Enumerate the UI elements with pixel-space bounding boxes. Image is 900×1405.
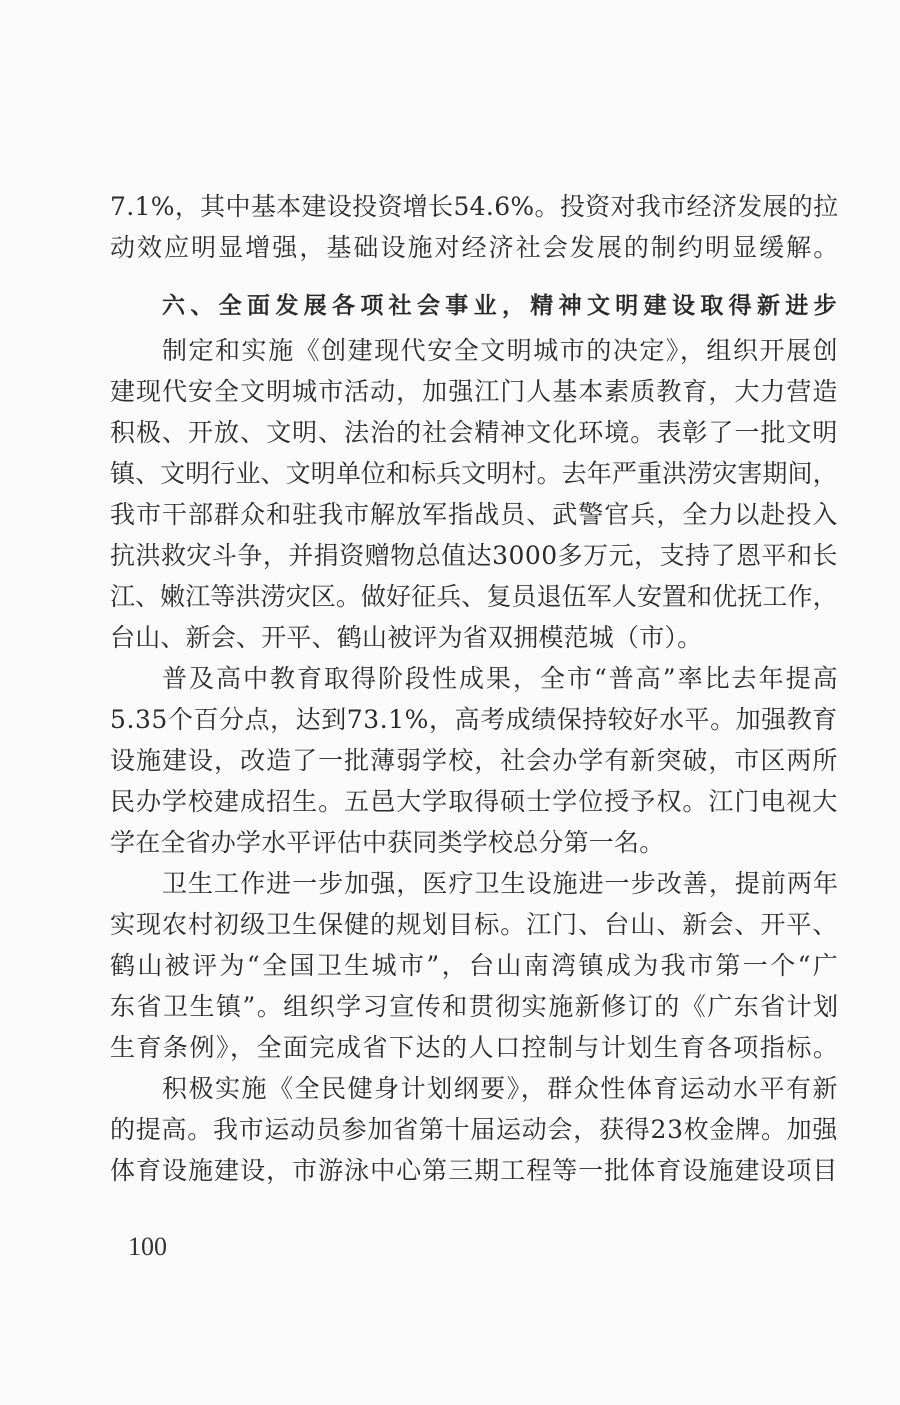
text-line: 生育条例》，全面完成省下达的人口控制与计划生育各项指标。	[110, 1031, 839, 1065]
text-line: 5.35个百分点，达到73.1%，高考成绩保持较好水平。加强教育	[110, 703, 838, 737]
text-line: 东省卫生镇”。组织学习宣传和贯彻实施新修订的《广东省计划	[110, 990, 840, 1024]
text-line: 积极、开放、文明、法治的社会精神文化环境。表彰了一批文明	[110, 416, 838, 450]
text-line: 民办学校建成招生。五邑大学取得硕士学位授予权。江门电视大	[110, 785, 838, 819]
section-heading: 六、全面发展各项社会事业，精神文明建设取得新进步	[162, 289, 842, 323]
text-line: 7.1%，其中基本建设投资增长54.6%。投资对我市经济发展的拉	[110, 190, 838, 224]
text-line: 学在全省办学水平评估中获同类学校总分第一名。	[110, 826, 664, 860]
text-line: 普及高中教育取得阶段性成果，全市“普高”率比去年提高	[162, 662, 840, 696]
text-line: 制定和实施《创建现代安全文明城市的决定》，组织开展创	[162, 334, 839, 368]
text-line: 积极实施《全民健身计划纲要》，群众性体育运动水平有新	[162, 1072, 839, 1106]
text-line: 我市干部群众和驻我市解放军指战员、武警官兵，全力以赴投入	[110, 498, 838, 532]
text-line: 实现农村初级卫生保健的规划目标。江门、台山、新会、开平、	[110, 908, 838, 942]
page-number: 100	[128, 1232, 167, 1262]
text-line: 镇、文明行业、文明单位和标兵文明村。去年严重洪涝灾害期间，	[110, 457, 838, 491]
text-line: 的提高。我市运动员参加省第十届运动会，获得23枚金牌。加强	[110, 1113, 838, 1147]
text-line: 建现代安全文明城市活动，加强江门人基本素质教育，大力营造	[110, 375, 838, 409]
text-line: 抗洪救灾斗争，并捐资赠物总值达3000多万元，支持了恩平和长	[110, 539, 838, 573]
text-line: 体育设施建设，市游泳中心第三期工程等一批体育设施建设项目	[110, 1154, 838, 1188]
text-line: 江、嫩江等洪涝灾区。做好征兵、复员退伍军人安置和优抚工作，	[110, 580, 838, 614]
text-line: 设施建设，改造了一批薄弱学校，社会办学有新突破，市区两所	[110, 744, 838, 778]
text-line: 卫生工作进一步加强，医疗卫生设施进一步改善，提前两年	[162, 867, 839, 901]
text-line: 台山、新会、开平、鹤山被评为省双拥模范城（市）。	[110, 621, 702, 655]
text-line: 动效应明显增强，基础设施对经济社会发展的制约明显缓解。	[110, 231, 840, 265]
text-line: 鹤山被评为“全国卫生城市”，台山南湾镇成为我市第一个“广	[110, 949, 840, 983]
